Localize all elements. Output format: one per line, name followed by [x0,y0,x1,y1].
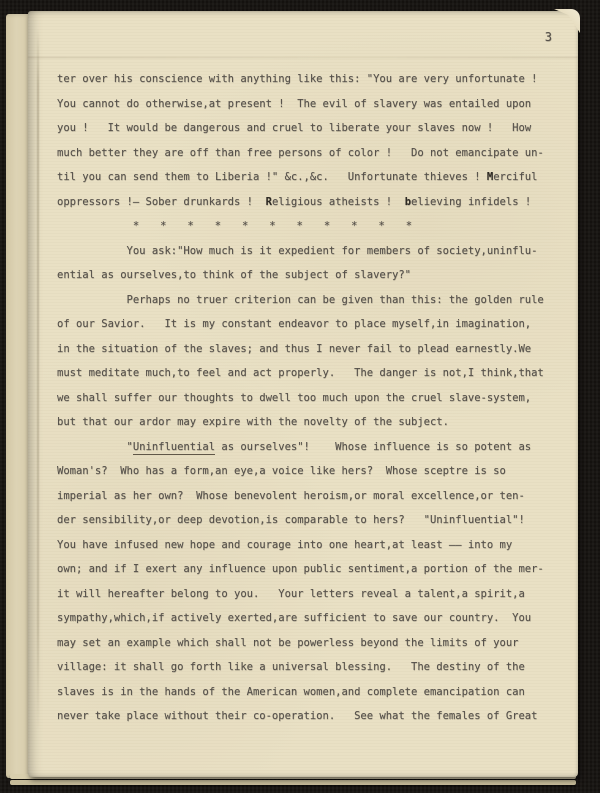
text-segment: village: it shall go forth like a univer… [57,661,525,673]
text-line: sympathy,which,if actively exerted,are s… [57,606,562,631]
text-line: ter over his conscience with anything li… [57,67,562,92]
text-line: village: it shall go forth like a univer… [57,655,562,680]
text-line: never take place without their co-operat… [57,704,562,729]
text-segment: may set an example which shall not be po… [57,637,518,649]
text-line: you ! It would be dangerous and cruel to… [57,116,562,141]
text-segment: " [127,441,133,453]
text-segment: elieving infidels ! [411,196,531,208]
text-segment: sympathy,which,if actively exerted,are s… [57,612,531,624]
text-line: You ask:"How much is it expedient for me… [57,239,562,264]
text-line: imperial as her own? Whose benevolent he… [57,484,562,509]
text-line: it will hereafter belong to you. Your le… [57,582,562,607]
text-segment: Woman's? Who has a form,an eye,a voice l… [57,465,506,477]
text-segment: in the situation of the slaves; and thus… [57,343,531,355]
text-segment: you ! It would be dangerous and cruel to… [57,122,531,134]
text-segment: slaves is in the hands of the American w… [57,686,525,698]
letter-text: ter over his conscience with anything li… [57,67,562,729]
text-line: but that our ardor may expire with the n… [57,410,562,435]
text-line: der sensibility,or deep devotion,is comp… [57,508,562,533]
text-segment: never take place without their co-operat… [57,710,537,722]
text-line: we shall suffer our thoughts to dwell to… [57,386,562,411]
text-line: of our Savior. It is my constant endeavo… [57,312,562,337]
text-segment: der sensibility,or deep devotion,is comp… [57,514,525,526]
text-line: oppressors !— Sober drunkards ! Religiou… [57,190,562,215]
document-page: 3 ter over his conscience with anything … [28,11,578,777]
text-segment: much better they are off than free perso… [57,147,544,159]
text-line: own; and if I exert any influence upon p… [57,557,562,582]
text-line: til you can send them to Liberia !" &c.,… [57,165,562,190]
scan-background: 3 ter over his conscience with anything … [0,0,600,793]
text-segment: ential as ourselves,to think of the subj… [57,269,411,281]
text-segment: oppressors !— Sober drunkards ! [57,196,266,208]
text-line: Woman's? Who has a form,an eye,a voice l… [57,459,562,484]
text-line: may set an example which shall not be po… [57,631,562,656]
underline-segment: Uninfluential [133,441,215,455]
text-segment: eligious atheists ! [272,196,405,208]
text-segment: it will hereafter belong to you. Your le… [57,588,525,600]
text-segment: You ask:"How much is it expedient for me… [127,245,538,257]
text-segment: must meditate much,to feel and act prope… [57,367,544,379]
text-line: must meditate much,to feel and act prope… [57,361,562,386]
text-line: slaves is in the hands of the American w… [57,680,562,705]
text-segment: erciful [493,171,537,183]
text-line: in the situation of the slaves; and thus… [57,337,562,362]
horizontal-crease [28,57,578,58]
text-segment: You cannot do otherwise,at present ! The… [57,98,531,110]
text-line: ential as ourselves,to think of the subj… [57,263,562,288]
text-segment: we shall suffer our thoughts to dwell to… [57,392,531,404]
text-segment: Perhaps no truer criterion can be given … [127,294,544,306]
text-segment: * * * * * * * * * * * [133,220,413,232]
text-segment: but that our ardor may expire with the n… [57,416,449,428]
text-segment: ter over his conscience with anything li… [57,73,537,85]
text-line: Perhaps no truer criterion can be given … [57,288,562,313]
text-line: much better they are off than free perso… [57,141,562,166]
binding-crease [37,29,39,729]
text-line: You cannot do otherwise,at present ! The… [57,92,562,117]
text-segment: You have infused new hope and courage in… [57,539,512,551]
text-line: You have infused new hope and courage in… [57,533,562,558]
text-segment: own; and if I exert any influence upon p… [57,563,544,575]
folded-corner [554,9,580,33]
separator-line: * * * * * * * * * * * [57,214,562,239]
text-segment: as ourselves"! Whose influence is so pot… [215,441,531,453]
page-stack-edge-bottom [10,780,576,785]
text-segment: imperial as her own? Whose benevolent he… [57,490,525,502]
text-line: "Uninfluential as ourselves"! Whose infl… [57,435,562,460]
text-segment: til you can send them to Liberia !" &c.,… [57,171,487,183]
page-number: 3 [545,30,552,44]
text-segment: of our Savior. It is my constant endeavo… [57,318,531,330]
